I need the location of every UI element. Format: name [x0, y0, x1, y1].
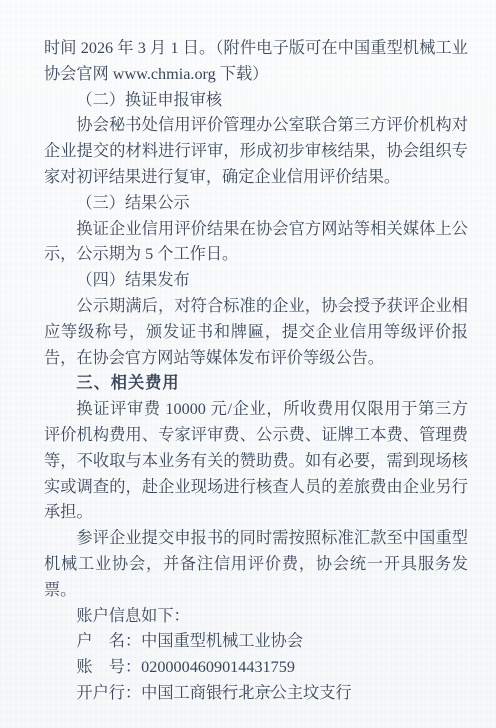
heading-section-two-review: （二）换证申报审核 [44, 88, 468, 114]
paragraph-result-announcement: 公示期满后，对符合标准的企业，协会授予获评企业相应等级称号，颁发证书和牌匾，提交… [44, 294, 468, 371]
heading-related-fees: 三、相关费用 [44, 371, 468, 397]
account-name-line: 户 名：中国重型机械工业协会 [44, 629, 468, 655]
page-number: — 2 — [0, 682, 496, 698]
heading-section-four-announcement: （四）结果发布 [44, 268, 468, 294]
document-body: 时间 2026 年 3 月 1 日。（附件电子版可在中国重型机械工业协会官网 w… [44, 36, 468, 707]
paragraph-review-process: 协会秘书处信用评价管理办公室联合第三方评价机构对企业提交的材料进行评审，形成初步… [44, 113, 468, 190]
paragraph-deadline-note: 时间 2026 年 3 月 1 日。（附件电子版可在中国重型机械工业协会官网 w… [44, 36, 468, 88]
paragraph-publicity-period: 换证企业信用评价结果在协会官方网站等相关媒体上公示，公示期为 5 个工作日。 [44, 217, 468, 269]
document-page: 时间 2026 年 3 月 1 日。（附件电子版可在中国重型机械工业协会官网 w… [0, 0, 496, 728]
paragraph-account-info-label: 账户信息如下： [44, 604, 468, 630]
paragraph-remittance-instruction: 参评企业提交申报书的同时需按照标准汇款至中国重型机械工业协会，并备注信用评价费，… [44, 526, 468, 603]
heading-section-three-publicity: （三）结果公示 [44, 191, 468, 217]
account-number-line: 账 号：0200004609014431759 [44, 655, 468, 681]
paragraph-fee-details: 换证评审费 10000 元/企业，所收费用仅限用于第三方评价机构费用、专家评审费… [44, 397, 468, 526]
